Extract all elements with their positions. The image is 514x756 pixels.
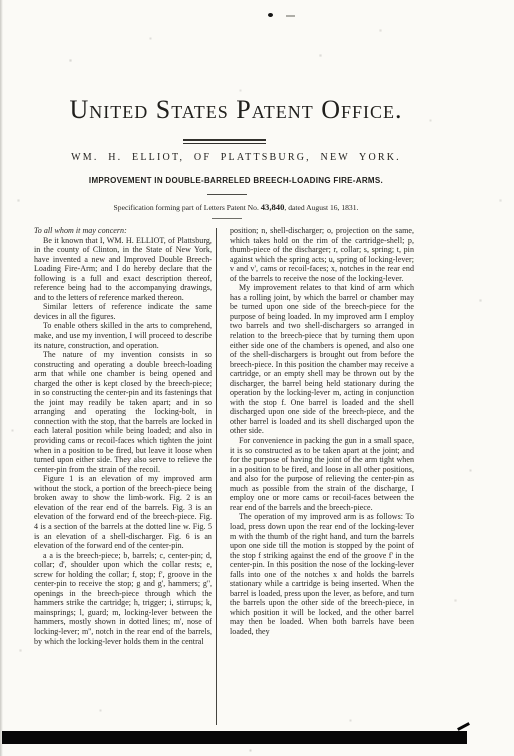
paragraph: Similar letters of reference indicate th… [34, 302, 212, 321]
paragraph: My improvement relates to that kind of a… [230, 283, 414, 436]
paragraph: a a is the breech-piece; b, barrels; c, … [34, 551, 212, 646]
ink-dash [286, 15, 295, 17]
inventor-line: WM. H. ELLIOT, OF PLATTSBURG, NEW YORK. [0, 152, 472, 163]
specification-line: Specification forming part of Letters Pa… [0, 202, 472, 212]
page-title: United States Patent Office. [0, 95, 472, 125]
paragraph: Be it known that I, WM. H. ELLIOT, of Pl… [34, 236, 212, 303]
title-rule [183, 139, 266, 144]
paragraph: To enable others skilled in the arts to … [34, 321, 212, 350]
paper-speckles [0, 0, 1, 1]
paragraph: Figure 1 is an elevation of my improved … [34, 474, 212, 550]
paragraph: position; n, shell-discharger; o, projec… [230, 226, 414, 283]
paragraph: For convenience in packing the gun in a … [230, 436, 414, 512]
invention-title: IMPROVEMENT IN DOUBLE-BARRELED BREECH-LO… [0, 176, 472, 185]
patent-document-page: United States Patent Office. WM. H. ELLI… [0, 0, 514, 756]
paragraph: The nature of my invention consists in s… [34, 350, 212, 474]
paragraph: To all whom it may concern: [34, 226, 212, 236]
spec-suffix: , dated August 16, 1831. [284, 203, 358, 212]
left-column: To all whom it may concern: Be it known … [34, 226, 212, 646]
right-column: position; n, shell-discharger; o, projec… [230, 226, 414, 637]
scan-edge-band [2, 731, 467, 744]
paragraph: The operation of my improved arm is as f… [230, 512, 414, 636]
section-rule [207, 194, 247, 195]
spec-rule [212, 218, 242, 219]
body-columns: To all whom it may concern: Be it known … [34, 226, 414, 726]
ink-speck [268, 13, 273, 17]
spec-prefix: Specification forming part of Letters Pa… [114, 203, 261, 212]
scan-band-tick [457, 722, 470, 731]
patent-number: 43,840 [261, 202, 285, 212]
column-divider [216, 228, 217, 725]
